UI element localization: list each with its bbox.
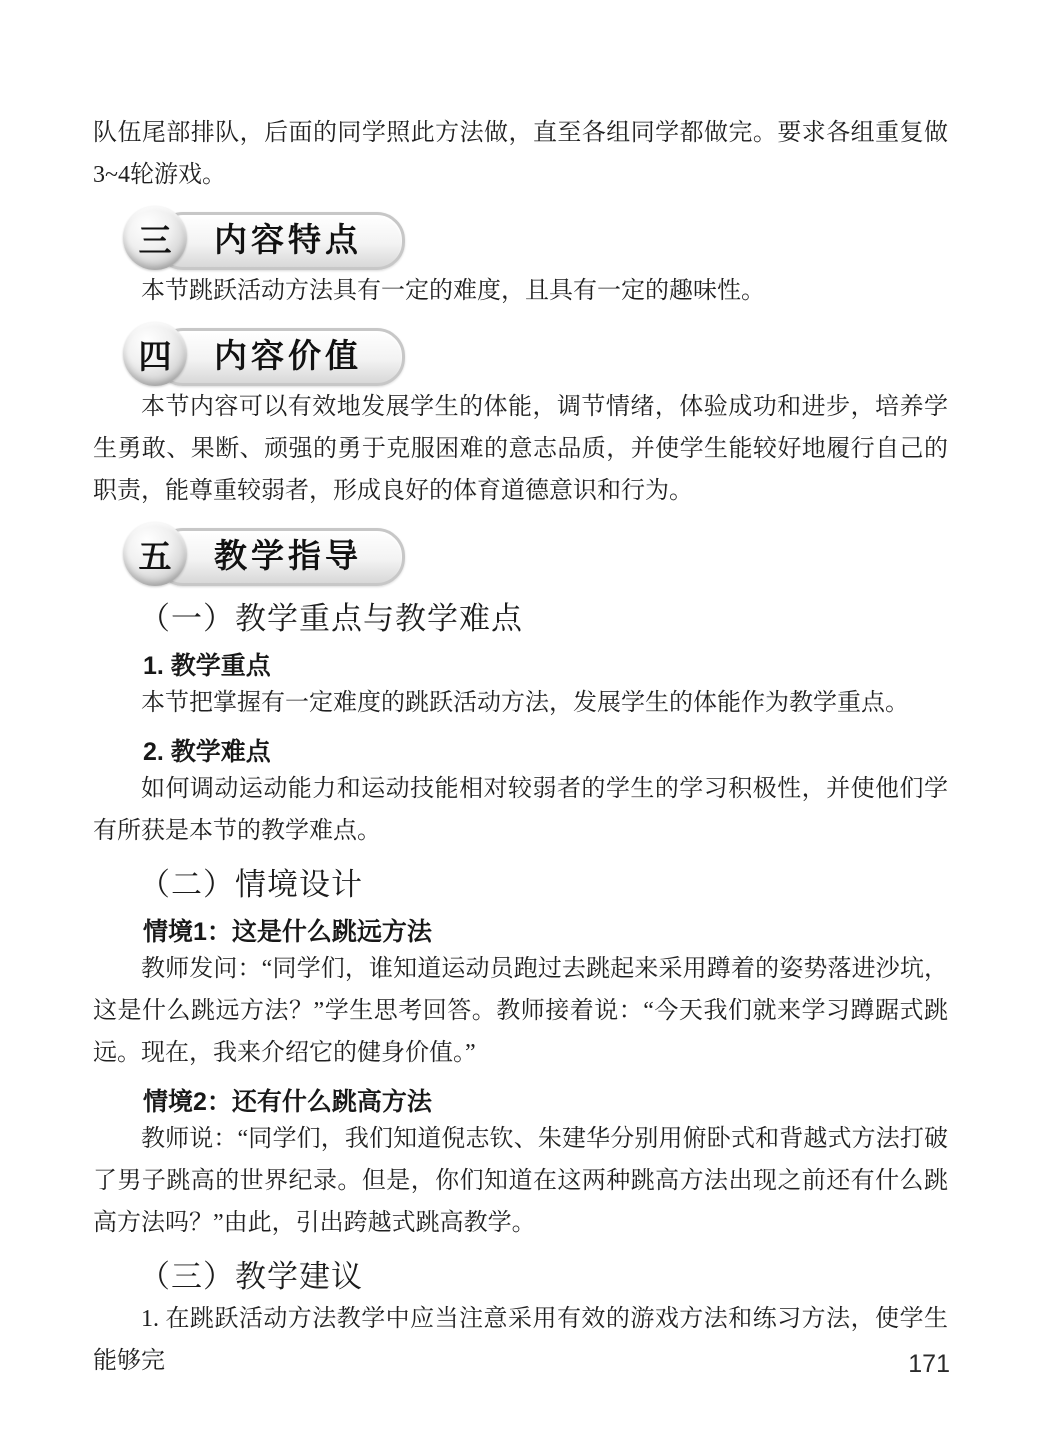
teaching-focus-paragraph: 本节把掌握有一定难度的跳跃活动方法，发展学生的体能作为教学重点。	[93, 682, 948, 724]
section-badge-four: 四 内容价值	[123, 322, 948, 386]
scenario-one-paragraph: 教师发问：“同学们，谁知道运动员跑过去跳起来采用蹲着的姿势落进沙坑，这是什么跳远…	[93, 948, 948, 1074]
sub-heading-two: （二）情境设计	[139, 864, 948, 906]
scenario-two-label: 情境2：还有什么跳高方法	[143, 1086, 948, 1118]
textbook-page: 队伍尾部排队，后面的同学照此方法做，直至各组同学都做完。要求各组重复做3~4轮游…	[0, 0, 1038, 1452]
scenario-one-label: 情境1：这是什么跳远方法	[143, 916, 948, 948]
section-four-paragraph: 本节内容可以有效地发展学生的体能，调节情绪，体验成功和进步，培养学生勇敢、果断、…	[93, 386, 948, 512]
section-badge-five: 五 教学指导	[123, 522, 948, 586]
sub-heading-three: （三）教学建议	[139, 1256, 948, 1298]
point-label-teaching-difficulty: 2. 教学难点	[143, 736, 948, 768]
section-number: 四	[139, 331, 172, 378]
teaching-difficulty-paragraph: 如何调动运动能力和运动技能相对较弱者的学生的学习积极性，并使他们学有所获是本节的…	[93, 768, 948, 852]
section-title-pill: 内容价值	[155, 328, 405, 386]
section-number-circle: 四	[123, 322, 187, 386]
section-number-circle: 五	[123, 522, 187, 586]
section-badge-three: 三 内容特点	[123, 206, 948, 270]
point-label-teaching-focus: 1. 教学重点	[143, 650, 948, 682]
scenario-two-paragraph: 教师说：“同学们，我们知道倪志钦、朱建华分别用俯卧式和背越式方法打破了男子跳高的…	[93, 1118, 948, 1244]
section-three-paragraph: 本节跳跃活动方法具有一定的难度，且具有一定的趣味性。	[93, 270, 948, 312]
section-number: 五	[139, 531, 172, 578]
section-number-circle: 三	[123, 206, 187, 270]
continuation-paragraph: 队伍尾部排队，后面的同学照此方法做，直至各组同学都做完。要求各组重复做3~4轮游…	[93, 112, 948, 196]
section-number: 三	[139, 215, 172, 262]
section-title-pill: 内容特点	[155, 212, 405, 270]
page-number: 171	[908, 1350, 950, 1379]
section-title-pill: 教学指导	[155, 528, 405, 586]
sub-heading-one: （一）教学重点与教学难点	[139, 598, 948, 640]
teaching-suggestion-paragraph: 1. 在跳跃活动方法教学中应当注意采用有效的游戏方法和练习方法，使学生能够完	[93, 1298, 948, 1382]
